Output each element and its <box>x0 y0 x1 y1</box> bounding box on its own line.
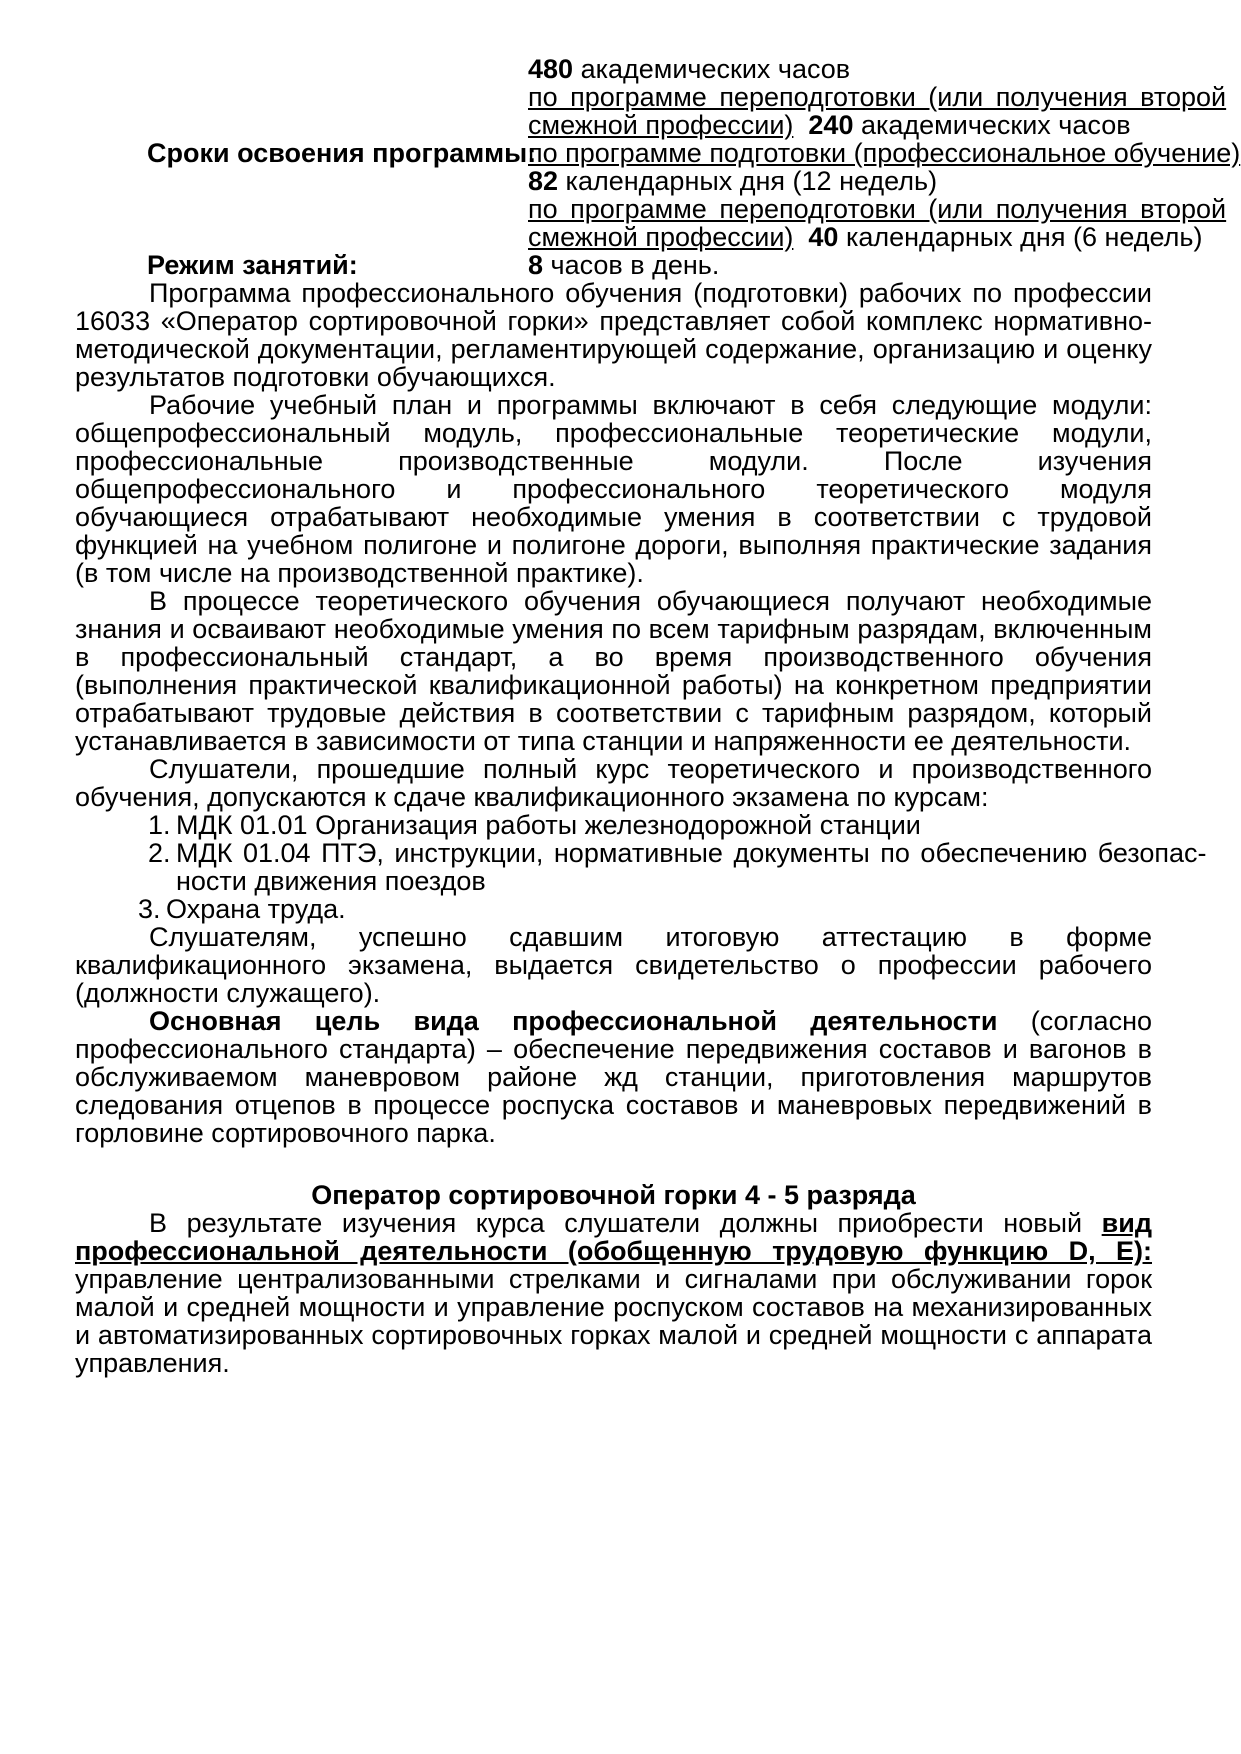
hours-per-day-8: 8 <box>528 250 543 280</box>
course-result-rest: управление централизованными стрелками и… <box>75 1264 1152 1378</box>
separator-2 <box>793 222 808 252</box>
list-item-number: 1. <box>148 811 176 839</box>
paragraph-program-overview: Программа профессионального обучения (по… <box>75 279 1152 391</box>
list-item-text: Охрана труда. <box>166 895 1152 923</box>
duration-line-retraining-days: смежной профессии) 40 календарных дня (6… <box>528 223 1173 251</box>
paragraph-main-goal: Основная цель вида профессиональной деят… <box>75 1007 1152 1147</box>
list-item: 3. Охрана труда. <box>138 895 1152 923</box>
list-item-text: МДК 01.01 Организация работы железнодоро… <box>176 811 1152 839</box>
days-82: 82 <box>528 166 558 196</box>
hours-480: 480 <box>528 54 573 84</box>
hours-240: 240 <box>808 110 853 140</box>
duration-line-retraining-hours: смежной профессии) 240 академических час… <box>528 111 1173 139</box>
list-item-line-2: ности движения поездов <box>176 867 1207 895</box>
list-item-text: МДК 01.04 ПТЭ, инструкции, нормативные д… <box>176 839 1207 895</box>
main-goal-bold-lead: Основная цель вида профессиональной деят… <box>149 1006 997 1036</box>
schedule-value-line: 8 часов в день. <box>528 251 1173 279</box>
adjacent-profession-underlined: смежной профессии) <box>528 110 793 140</box>
paragraph-theoretical-training: В процессе теоретического обучения обуча… <box>75 587 1152 755</box>
days-40: 40 <box>808 222 838 252</box>
retraining-underlined-text: по программе переподготовки (или получен… <box>528 82 1226 112</box>
paragraph-course-result: В результате изучения курса слушатели до… <box>75 1209 1152 1377</box>
document-content: Сроки освоения программы: Режим занятий:… <box>75 55 1152 1377</box>
separator <box>793 110 808 140</box>
paragraph-curriculum-modules: Рабочие учебный план и программы включаю… <box>75 391 1152 587</box>
duration-line-total-hours: 480 академических часов <box>528 55 1173 83</box>
list-item-number: 2. <box>148 839 176 895</box>
duration-line-training-program: по программе подготовки (профессионально… <box>528 139 1173 167</box>
adjacent-profession-underlined-2: смежной профессии) <box>528 222 793 252</box>
schedule-label: Режим занятий: <box>147 251 358 279</box>
paragraph-certificate: Слушателям, успешно сдавшим итоговую атт… <box>75 923 1152 1007</box>
list-item-line-1: МДК 01.04 ПТЭ, инструкции, нормативные д… <box>176 839 1207 867</box>
document-page: { "document": { "info_table": { "row1_la… <box>0 0 1241 1754</box>
list-item-number: 3. <box>138 895 166 923</box>
duration-line-retraining-1: по программе переподготовки (или получен… <box>528 83 1173 111</box>
course-result-lead: В результате изучения курса слушатели до… <box>149 1208 1102 1238</box>
list-item: 2. МДК 01.04 ПТЭ, инструкции, нормативны… <box>148 839 1152 895</box>
hours-per-day-unit: часов в день. <box>543 250 719 280</box>
hours-240-unit: академических часов <box>853 110 1130 140</box>
paragraph-exam-admission: Слушатели, прошедшие полный курс теорети… <box>75 755 1152 811</box>
days-82-unit: календарных дня (12 недель) <box>558 166 937 196</box>
training-program-underlined: по программе подготовки (профессионально… <box>528 138 1240 168</box>
days-40-unit: календарных дня (6 недель) <box>838 222 1202 252</box>
list-item: 1. МДК 01.01 Организация работы железнод… <box>148 811 1152 839</box>
retraining-underlined-text-2: по программе переподготовки (или получен… <box>528 194 1226 224</box>
duration-line-retraining-2: по программе переподготовки (или получен… <box>528 195 1173 223</box>
exam-courses-list: 1. МДК 01.01 Организация работы железнод… <box>75 811 1152 923</box>
program-info-block: Сроки освоения программы: Режим занятий:… <box>75 55 1152 279</box>
hours-480-unit: академических часов <box>573 54 850 84</box>
duration-line-calendar-days: 82 календарных дня (12 недель) <box>528 167 1173 195</box>
program-duration-label: Сроки освоения программы: <box>147 139 536 167</box>
program-duration-values: 480 академических часов по программе пер… <box>528 55 1173 279</box>
section-heading-operator-grade: Оператор сортировочной горки 4 - 5 разря… <box>75 1181 1152 1209</box>
